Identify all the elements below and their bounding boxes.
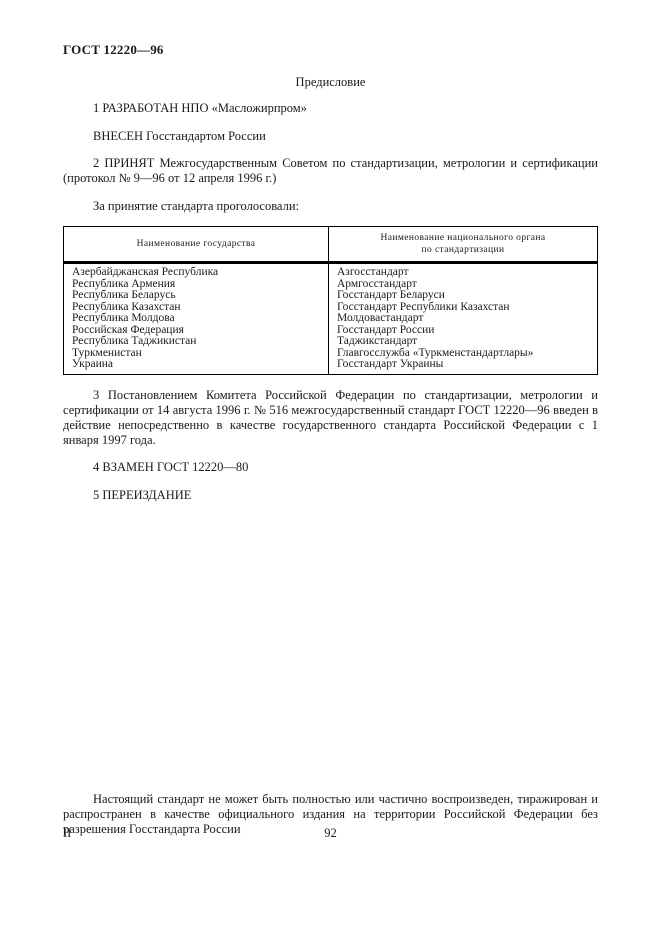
page-number: 92 (63, 826, 598, 841)
table-row: Азербайджанская РеспубликаАзгосстандарт (64, 263, 598, 279)
paragraph-adopted: 2 ПРИНЯТ Межгосударственным Советом по с… (63, 156, 598, 186)
org-cell: Азгосстандарт (329, 263, 598, 279)
country-cell: Азербайджанская Республика (64, 263, 329, 279)
paragraph-submitted: ВНЕСЕН Госстандартом России (63, 129, 598, 144)
table-row: ТуркменистанГлавгосслужба «Туркменстанда… (64, 348, 598, 360)
org-cell: Молдовастандарт (329, 313, 598, 325)
document-page: ГОСТ 12220—96 Предисловие 1 РАЗРАБОТАН Н… (0, 0, 661, 936)
table-row: Республика ТаджикистанТаджикстандарт (64, 336, 598, 348)
table-row: Республика МолдоваМолдовастандарт (64, 313, 598, 325)
org-cell: Таджикстандарт (329, 336, 598, 348)
paragraph-replaces: 4 ВЗАМЕН ГОСТ 12220—80 (63, 460, 598, 475)
header-row: Наименование государства Наименование на… (64, 227, 598, 263)
country-cell: Украина (64, 359, 329, 374)
table-row: Республика БеларусьГосстандарт Беларуси (64, 290, 598, 302)
vote-table-body: Азербайджанская РеспубликаАзгосстандартР… (64, 263, 598, 375)
country-cell: Республика Молдова (64, 313, 329, 325)
vote-table-header: Наименование государства Наименование на… (64, 227, 598, 263)
header-country: Наименование государства (64, 227, 329, 263)
paragraph-reissue: 5 ПЕРЕИЗДАНИЕ (63, 488, 598, 503)
page-title: Предисловие (63, 75, 598, 90)
vote-table: Наименование государства Наименование на… (63, 226, 598, 375)
paragraph-developed: 1 РАЗРАБОТАН НПО «Масложирпром» (63, 101, 598, 116)
paragraph-vote-intro: За принятие стандарта проголосовали: (63, 199, 598, 214)
doc-number: ГОСТ 12220—96 (63, 42, 598, 57)
header-org: Наименование национального органа по ста… (329, 227, 598, 263)
country-cell: Республика Беларусь (64, 290, 329, 302)
country-cell: Республика Таджикистан (64, 336, 329, 348)
page-footer: II 92 (63, 826, 598, 841)
org-cell: Госстандарт Беларуси (329, 290, 598, 302)
org-cell: Госстандарт Украины (329, 359, 598, 374)
paragraph-decree: 3 Постановлением Комитета Российской Фед… (63, 388, 598, 448)
table-row: УкраинаГосстандарт Украины (64, 359, 598, 374)
